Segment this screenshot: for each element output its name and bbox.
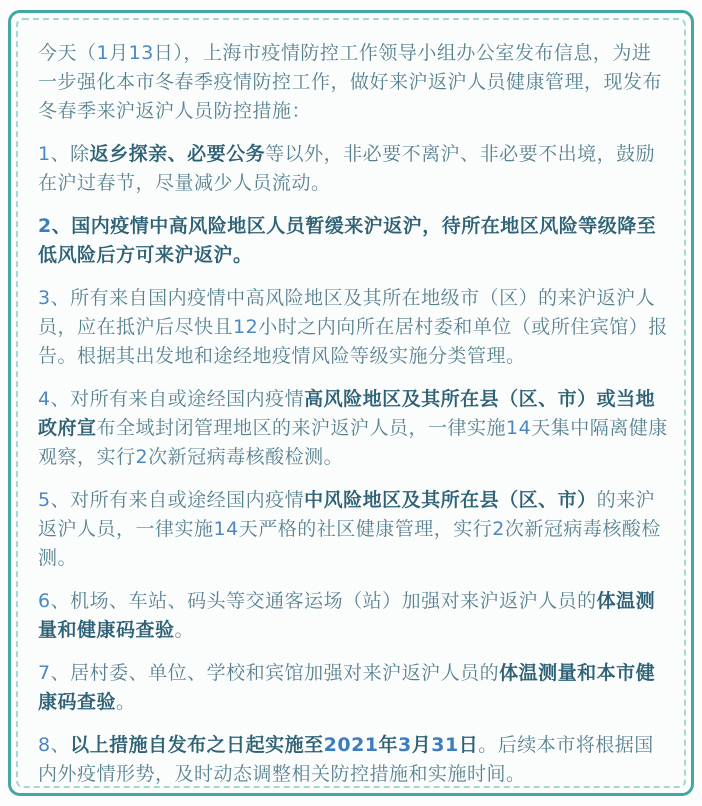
text-segment: 布全域封闭管理地区的来沪返沪人员，一律实施14天集中隔离健康观察，实行2次新冠病…: [38, 417, 668, 468]
number-text: 13: [129, 42, 154, 64]
number-text: 31: [431, 734, 458, 756]
text-segment: 8、: [38, 734, 70, 756]
number-text: 7: [38, 662, 51, 684]
notice-paragraph: 8、以上措施自发布之日起实施至2021年3月31日。后续本市将根据国内外疫情形势…: [38, 731, 668, 788]
text-segment: 5、对所有来自或途经国内疫情: [38, 489, 304, 511]
number-text: 1: [38, 143, 51, 165]
number-text: 3: [398, 734, 412, 756]
text-segment: 2、国内疫情中高风险地区人员暂缓来沪返沪，待所在地区风险等级降至低风险后方可来沪…: [38, 215, 656, 266]
text-segment: 今天（1月13日），上海市疫情防控工作领导小组办公室发布信息，为进一步强化本市冬…: [38, 42, 662, 122]
number-text: 2: [38, 215, 52, 237]
notice-paragraph: 2、国内疫情中高风险地区人员暂缓来沪返沪，待所在地区风险等级降至低风险后方可来沪…: [38, 212, 668, 270]
notice-paragraph: 7、居村委、单位、学校和宾馆加强对来沪返沪人员的体温测量和本市健康码查验。: [38, 659, 668, 717]
text-segment: 7、居村委、单位、学校和宾馆加强对来沪返沪人员的: [38, 662, 499, 684]
number-text: 6: [38, 590, 51, 612]
text-segment: 。: [175, 619, 195, 641]
text-segment: 3、所有来自国内疫情中高风险地区及其所在地级市（区）的来沪返沪人员，应在抵沪后尽…: [38, 287, 668, 367]
notice-paragraph: 4、对所有来自或途经国内疫情高风险地区及其所在县（区、市）或当地政府宣布全域封闭…: [38, 385, 668, 472]
notice-paragraph: 5、对所有来自或途经国内疫情中风险地区及其所在县（区、市）的来沪返沪人员，一律实…: [38, 486, 668, 573]
number-text: 5: [38, 489, 51, 511]
text-segment: 4、对所有来自或途经国内疫情: [38, 388, 304, 410]
notice-paragraph: 3、所有来自国内疫情中高风险地区及其所在地级市（区）的来沪返沪人员，应在抵沪后尽…: [38, 284, 668, 371]
notice-body: 今天（1月13日），上海市疫情防控工作领导小组办公室发布信息，为进一步强化本市冬…: [38, 39, 668, 788]
number-text: 3: [38, 287, 51, 309]
number-text: 14: [214, 518, 239, 540]
notice-card-inner: 今天（1月13日），上海市疫情防控工作领导小组办公室发布信息，为进一步强化本市冬…: [16, 18, 686, 788]
number-text: 14: [506, 417, 531, 439]
notice-card: 今天（1月13日），上海市疫情防控工作领导小组办公室发布信息，为进一步强化本市冬…: [8, 10, 694, 796]
notice-paragraph: 今天（1月13日），上海市疫情防控工作领导小组办公室发布信息，为进一步强化本市冬…: [38, 39, 668, 126]
number-text: 4: [38, 388, 51, 410]
text-segment: 返乡探亲、必要公务: [90, 143, 266, 165]
number-text: 2: [492, 518, 505, 540]
text-segment: 中风险地区及其所在县（区、市）: [304, 489, 597, 511]
number-text: 8: [38, 734, 51, 756]
text-segment: 1、除: [38, 143, 90, 165]
text-segment: 。: [116, 691, 136, 713]
text-segment: 以上措施自发布之日起实施至2021年3月31日: [70, 734, 478, 756]
number-text: 12: [233, 316, 258, 338]
number-text: 2021: [324, 734, 379, 756]
text-segment: 6、机场、车站、码头等交通客运场（站）加强对来沪返沪人员的: [38, 590, 597, 612]
notice-paragraph: 1、除返乡探亲、必要公务等以外，非必要不离沪、非必要不出境，鼓励在沪过春节，尽量…: [38, 140, 668, 198]
number-text: 1: [97, 42, 110, 64]
number-text: 2: [136, 446, 149, 468]
notice-paragraph: 6、机场、车站、码头等交通客运场（站）加强对来沪返沪人员的体温测量和健康码查验。: [38, 587, 668, 645]
